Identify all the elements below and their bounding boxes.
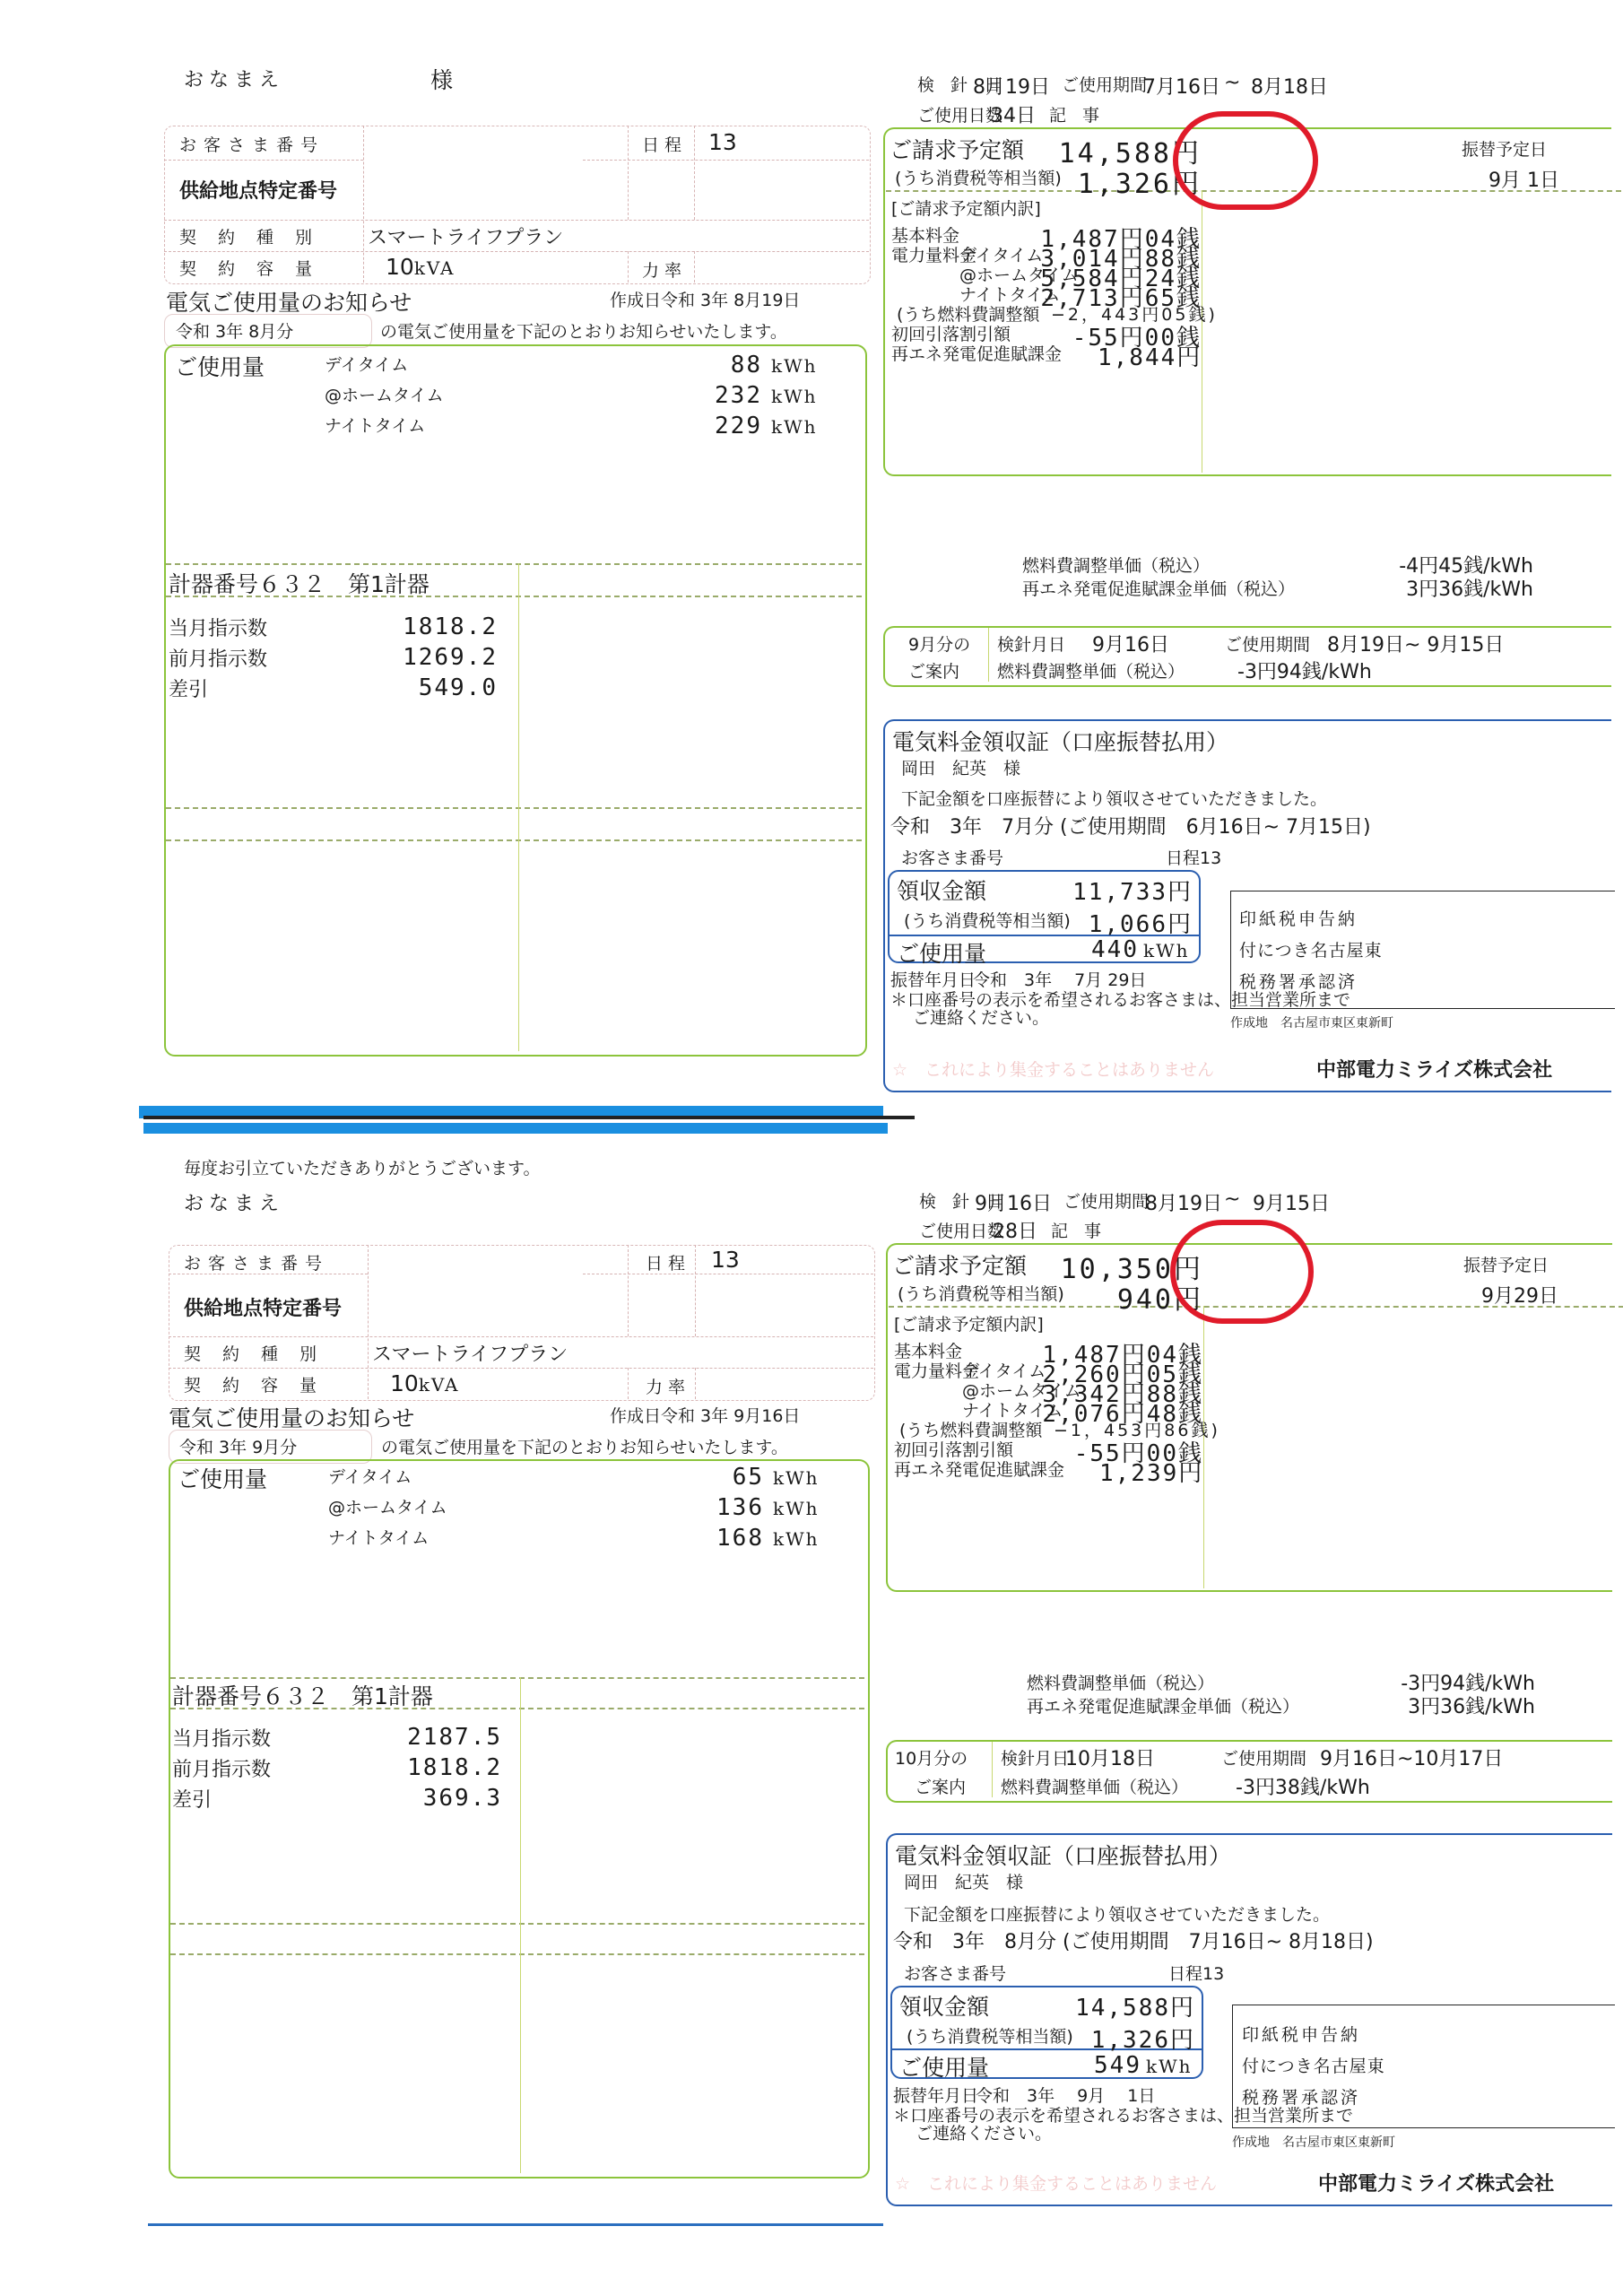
transfer-date-label: 振替予定日 xyxy=(1462,136,1547,161)
contract-capacity-label: 契約容量 xyxy=(179,256,334,280)
next-fuel-unit: -3円94銭/kWh xyxy=(1237,657,1372,684)
highlight-circle xyxy=(1170,1220,1314,1324)
next-read-date: 9月16日 xyxy=(1092,630,1169,657)
transfer-date: 9月 1日 xyxy=(1488,165,1559,193)
meter-read-date: 8月19日 xyxy=(973,72,1050,100)
receipt-amount: 11,733円 xyxy=(1031,874,1193,907)
month-pill: 令和 3年 8月分 xyxy=(176,318,293,343)
receipt-title: 電気料金領収証（口座振替払用） xyxy=(892,725,1228,757)
power-factor-label: 力率 xyxy=(642,257,687,282)
current-reading: 2187.5 xyxy=(345,1724,502,1751)
billing-amount-label: ご請求予定額 xyxy=(890,133,1024,165)
created-date: 作成日令和 3年 8月19日 xyxy=(610,287,800,311)
meter-title: 計器番号６３２ 第1計器 xyxy=(169,567,430,599)
customer-number-label: お客さま番号 xyxy=(179,132,325,156)
usage-night-value: 229 xyxy=(646,413,762,439)
next-period: 8月19日~ 9月15日 xyxy=(1327,630,1504,657)
prev-reading: 1269.2 xyxy=(341,644,498,671)
sama-label: 様 xyxy=(430,63,453,95)
usage-days-label: ご使用日数 xyxy=(917,102,1002,126)
created-date: 作成日令和 3年 9月16日 xyxy=(610,1403,800,1427)
diff-reading: 369.3 xyxy=(345,1785,502,1812)
company-name: 中部電力ミライズ株式会社 xyxy=(1318,2169,1554,2196)
period-from: 7月16日 xyxy=(1143,72,1220,100)
usage-home-value: 232 xyxy=(646,382,762,409)
bottom-rule xyxy=(148,2223,883,2226)
usage-period-label: ご使用期間 xyxy=(1062,72,1147,96)
receipt-usage: 440 xyxy=(1040,936,1139,963)
diff-label: 差引 xyxy=(169,674,208,702)
notice-title: 電気ご使用量のお知らせ xyxy=(166,285,412,317)
name-label: おなまえ xyxy=(184,65,284,92)
hometime-label: @ホームタイム xyxy=(325,382,444,406)
schedule-label: 日程 xyxy=(642,132,687,156)
receipt-name: 岡田 紀英 様 xyxy=(901,755,1020,779)
diff-reading: 549.0 xyxy=(341,674,498,701)
contract-capacity-value: 10kVA xyxy=(386,254,455,280)
renewable-charge: 1,844円 xyxy=(1098,339,1202,372)
period-to: 8月18日 xyxy=(1251,72,1328,100)
renewable-unit-price: 3円36銭/kWh xyxy=(1282,574,1533,602)
contract-type-value: スマートライフプラン xyxy=(368,222,563,250)
energy-night: 2,713円65銭 xyxy=(1031,280,1202,313)
current-reading: 1818.2 xyxy=(341,613,498,640)
breakdown-label: [ご請求予定額内訳] xyxy=(891,196,1041,220)
memo-label: 記 事 xyxy=(1049,102,1105,126)
receipt-month-line: 令和 3年 7月分 (ご使用期間 6月16日~ 7月15日) xyxy=(890,812,1371,839)
usage-days: 34日 xyxy=(991,100,1036,128)
nighttime-label: ナイトタイム xyxy=(325,413,425,437)
usage-box xyxy=(169,1459,870,2179)
highlight-circle xyxy=(1173,111,1318,210)
usage-day-value: 65 xyxy=(647,1464,764,1491)
schedule-value: 13 xyxy=(708,129,737,155)
notice-suffix: の電気ご使用量を下記のとおりお知らせいたします。 xyxy=(380,318,787,343)
usage-box xyxy=(164,344,867,1057)
supply-point-label: 供給地点特定番号 xyxy=(179,176,337,204)
usage-label: ご使用量 xyxy=(175,350,265,382)
daytime-label: デイタイム xyxy=(325,352,408,376)
receipt-tax: 1,066円 xyxy=(1031,906,1193,939)
name-label: おなまえ xyxy=(184,1188,284,1216)
prev-reading-label: 前月指示数 xyxy=(169,644,267,672)
usage-home-value: 136 xyxy=(647,1494,764,1521)
company-name: 中部電力ミライズ株式会社 xyxy=(1316,1055,1552,1083)
prev-reading: 1818.2 xyxy=(345,1754,502,1781)
current-reading-label: 当月指示数 xyxy=(169,613,267,641)
usage-day-value: 88 xyxy=(646,352,762,378)
greeting: 毎度お引立ていただきありがとうございます。 xyxy=(184,1155,540,1179)
contract-type-label: 契約種別 xyxy=(179,224,334,248)
usage-night-value: 168 xyxy=(647,1525,764,1552)
